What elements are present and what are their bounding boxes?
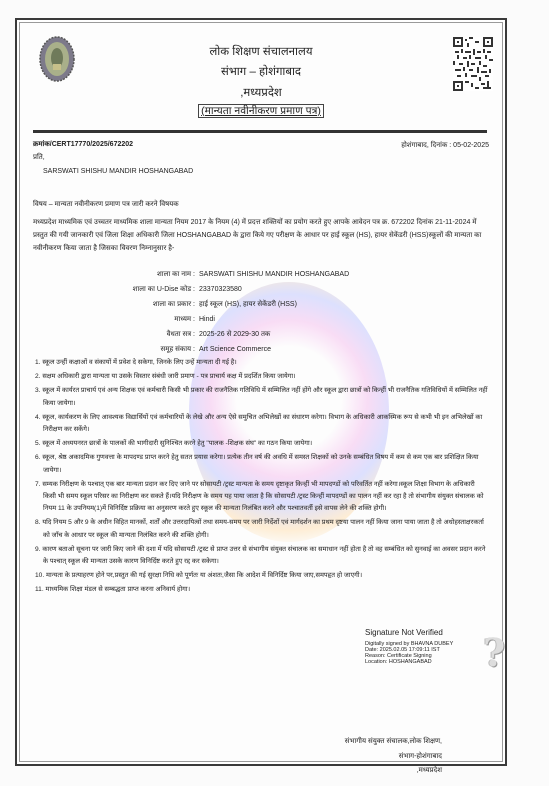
- signatory-state: ,मध्यप्रदेश: [417, 766, 442, 775]
- place-date: होशंगाबाद, दिनांक : 05-02-2025: [401, 141, 489, 150]
- school-details: शाला का नाम :SARSWATI SHISHU MANDIR HOSH…: [57, 267, 349, 357]
- recipient-label: प्रति,: [33, 153, 45, 162]
- directorate-name: लोक शिक्षण संचालनालय: [17, 44, 505, 59]
- condition-item: 11. माध्यमिक शिक्षा मंडल से सम्बद्धता प्…: [33, 584, 489, 596]
- detail-row-udise: शाला का U-Dise कोड :23370323580: [57, 282, 349, 297]
- condition-item: 4. स्कूल, कार्यकरण के लिए आवश्यक विद्यार…: [33, 412, 489, 436]
- subject-line: विषय – मान्यता नवीनीकरण प्रमाण पत्र जारी…: [33, 200, 179, 209]
- conditions-list: 1. स्कूल उन्हीं कक्षाओं व संकायों में प्…: [33, 357, 489, 599]
- question-mark-icon[interactable]: ?: [483, 630, 505, 675]
- document-title: (मान्यता नवीनीकरण प्रमाण पत्र): [17, 104, 505, 118]
- condition-item: 1. स्कूल उन्हीं कक्षाओं व संकायों में प्…: [33, 357, 489, 369]
- condition-item: 8. यदि नियम 5 और 9 के अधीन विहित मानकों,…: [33, 517, 489, 541]
- condition-item: 3. स्कूल में कार्यरत प्राचार्य एवं अन्य …: [33, 385, 489, 409]
- condition-item: 6. स्कूल, श्रेष्ठ अकादमिक गुणवत्ता के मा…: [33, 452, 489, 476]
- intro-paragraph: मध्यप्रदेश माध्यमिक एवं उच्चतर माध्यमिक …: [33, 216, 489, 255]
- detail-row-faculty: समूह संकाय :Art Science Commerce: [57, 342, 349, 357]
- signatory-title: संभागीय संयुक्त संचालक,लोक शिक्षण,: [345, 737, 442, 746]
- condition-item: 9. कारण बताओ सूचना पर जारी किए जाने की द…: [33, 544, 489, 568]
- signature-status: Signature Not Verified: [365, 628, 453, 637]
- detail-row-medium: माध्यम :Hindi: [57, 312, 349, 327]
- signatory-division: संभाग-होशंगाबाद: [399, 752, 442, 761]
- condition-item: 7. सम्यक निरीक्षण के पश्चात् एक बार मान्…: [33, 479, 489, 516]
- recipient-name: SARSWATI SHISHU MANDIR HOSHANGABAD: [43, 168, 193, 175]
- detail-row-school-type: शाला का प्रकार :हाई स्कूल (HS), हायर सेक…: [57, 297, 349, 312]
- signature-location: Location: HOSHANGABAD: [365, 659, 453, 665]
- condition-item: 5. स्कूल में अध्ययनरत छात्रों के पालकों …: [33, 438, 489, 450]
- state-name: ,मध्यप्रदेश: [17, 85, 505, 100]
- division-name: संभाग – होशंगाबाद: [17, 64, 505, 79]
- reference-number: क्रमांक/CERT17770/2025/672202: [33, 140, 133, 149]
- condition-item: 2. सक्षम अधिकारी द्वारा मान्यता या उसके …: [33, 371, 489, 383]
- header-divider: [33, 130, 487, 133]
- detail-row-validity: वैधता सत्र :2025-26 से 2029-30 तक: [57, 327, 349, 342]
- condition-item: 10. मान्यता के प्रत्याहरण होने पर,प्रस्त…: [33, 570, 489, 582]
- detail-row-school-name: शाला का नाम :SARSWATI SHISHU MANDIR HOSH…: [57, 267, 349, 282]
- digital-signature-block[interactable]: Signature Not Verified Digitally signed …: [365, 628, 453, 665]
